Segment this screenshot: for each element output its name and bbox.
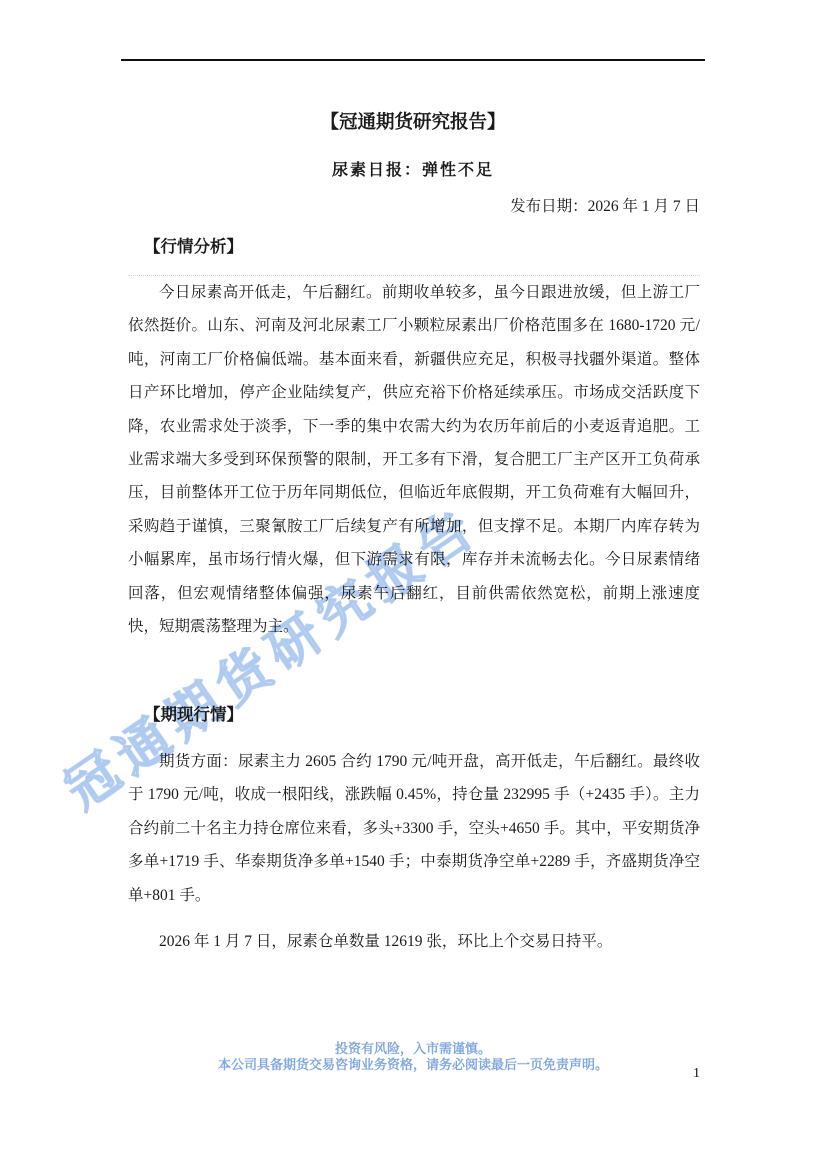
- page-number: 1: [128, 1066, 700, 1082]
- publish-date: 发布日期：2026 年 1 月 7 日: [128, 194, 700, 216]
- report-subtitle: 尿素日报：弹性不足: [0, 157, 826, 180]
- paragraph-market-analysis: 今日尿素高开低走，午后翻红。前期收单较多，虽今日跟进放缓，但上游工厂依然挺价。山…: [128, 275, 700, 643]
- report-title: 【冠通期货研究报告】: [0, 108, 826, 134]
- header-divider: [121, 59, 705, 61]
- paragraph-futures-positions: 期货方面：尿素主力 2605 合约 1790 元/吨开盘，高开低走，午后翻红。最…: [128, 745, 700, 912]
- section-heading-futures-spot: 【期现行情】: [128, 701, 700, 725]
- section-heading-market-analysis: 【行情分析】: [128, 233, 700, 257]
- report-page: 冠通期货研究报告 【冠通期货研究报告】 尿素日报：弹性不足 发布日期：2026 …: [0, 0, 826, 1169]
- paragraph-warehouse-receipts: 2026 年 1 月 7 日，尿素仓单数量 12619 张，环比上个交易日持平。: [128, 925, 700, 958]
